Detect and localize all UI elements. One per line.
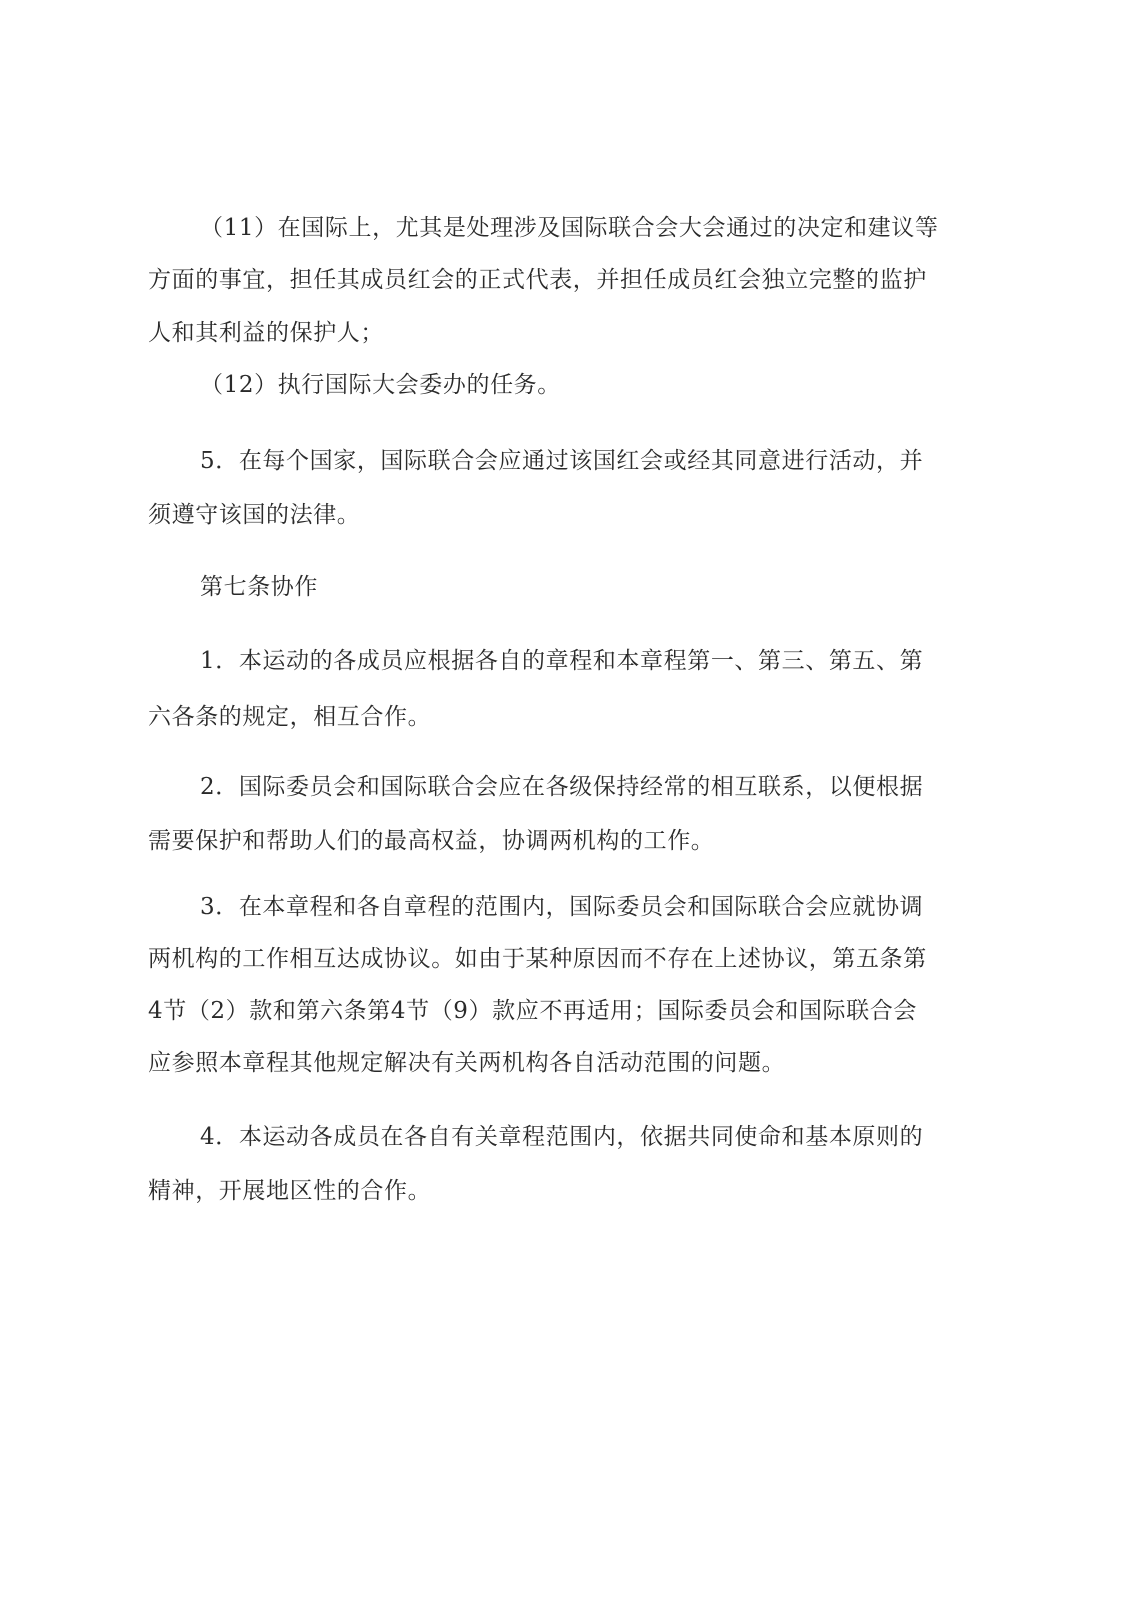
article-7-item-1-line-2: 六各条的规定，相互合作。 — [148, 702, 431, 732]
article-7-item-3-line-4: 应参照本章程其他规定解决有关两机构各自活动范围的问题。 — [148, 1048, 785, 1078]
article-7-item-2-line-2: 需要保护和帮助人们的最高权益，协调两机构的工作。 — [148, 826, 714, 856]
article-7-item-3-line-3: 4节（2）款和第六条第4节（9）款应不再适用；国际委员会和国际联合会 — [148, 996, 917, 1026]
article-7-item-4-line-1: 4．本运动各成员在各自有关章程范围内，依据共同使命和基本原则的 — [200, 1122, 923, 1152]
paragraph-11-line-2: 方面的事宜，担任其成员红会的正式代表，并担任成员红会独立完整的监护 — [148, 265, 927, 295]
paragraph-11-line-1: （11）在国际上，尤其是处理涉及国际联合会大会通过的决定和建议等 — [200, 213, 938, 243]
document-page: （11）在国际上，尤其是处理涉及国际联合会大会通过的决定和建议等 方面的事宜，担… — [0, 0, 1131, 1600]
article-7-heading: 第七条协作 — [200, 572, 318, 602]
paragraph-5-line-2: 须遵守该国的法律。 — [148, 500, 360, 530]
article-7-item-4-line-2: 精神，开展地区性的合作。 — [148, 1176, 431, 1206]
paragraph-12-line-1: （12）执行国际大会委办的任务。 — [200, 370, 561, 400]
article-7-item-3-line-1: 3．在本章程和各自章程的范围内，国际委员会和国际联合会应就协调 — [200, 892, 923, 922]
article-7-item-2-line-1: 2．国际委员会和国际联合会应在各级保持经常的相互联系，以便根据 — [200, 772, 923, 802]
article-7-item-3-line-2: 两机构的工作相互达成协议。如由于某种原因而不存在上述协议，第五条第 — [148, 944, 927, 974]
paragraph-5-line-1: 5．在每个国家，国际联合会应通过该国红会或经其同意进行活动，并 — [200, 446, 923, 476]
paragraph-11-line-3: 人和其利益的保护人； — [148, 318, 384, 348]
article-7-item-1-line-1: 1．本运动的各成员应根据各自的章程和本章程第一、第三、第五、第 — [200, 646, 923, 676]
